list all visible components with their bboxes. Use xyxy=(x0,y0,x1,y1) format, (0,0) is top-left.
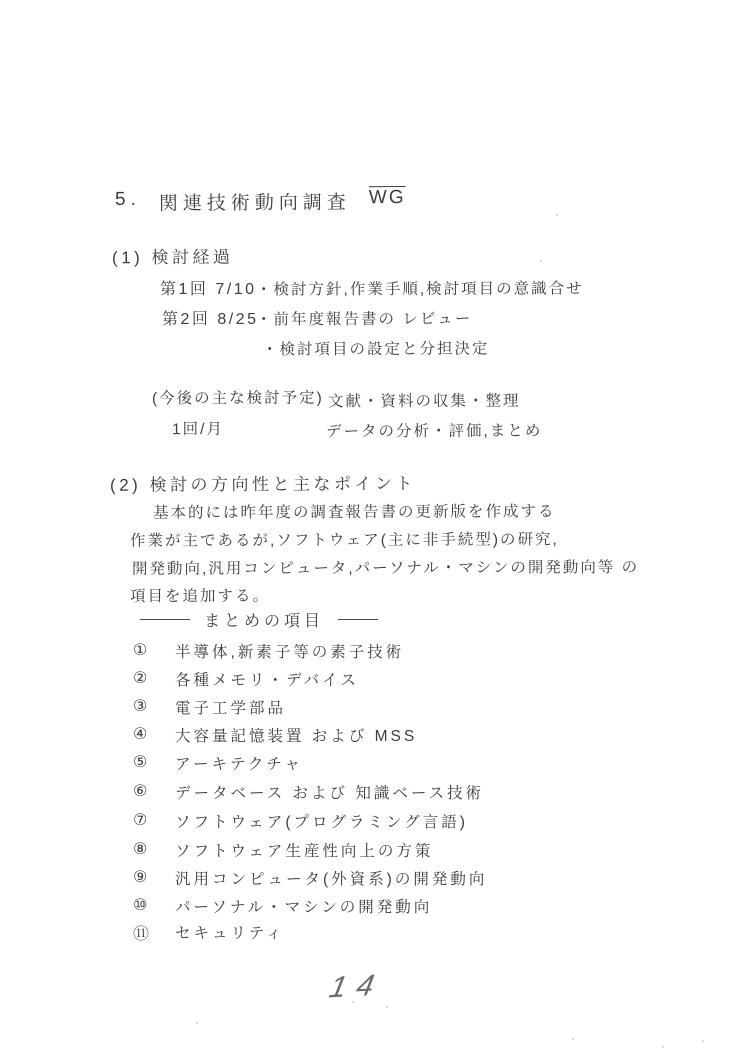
item-number: ⑨ xyxy=(133,867,147,887)
title-text: 関連技術動向調査 xyxy=(159,187,351,215)
item-number: ② xyxy=(133,668,147,688)
item-number: ⑦ xyxy=(133,810,147,830)
item-number: ⑥ xyxy=(133,781,147,801)
title-number: 5. xyxy=(115,189,141,216)
future-task-1: 文献・資料の収集・整理 xyxy=(328,389,521,412)
item-text: 電子工学部品 xyxy=(175,696,286,718)
item-text: パーソナル・マシンの開発動向 xyxy=(175,895,432,917)
future-plans-frequency: 1回/月 xyxy=(172,417,224,439)
noise-speck xyxy=(702,1040,704,1042)
item-text: データベース および 知識ベース技術 xyxy=(175,781,484,803)
paragraph-line-1: 基本的には昨年度の調査報告書の更新版を作成する xyxy=(153,499,556,522)
future-task-2: データの分析・評価,まとめ xyxy=(326,419,542,442)
page-number: 14 xyxy=(326,969,387,1006)
item-number: ④ xyxy=(133,724,147,744)
noise-speck xyxy=(556,214,558,216)
item-text: 汎用コンピュータ(外資系)の開発動向 xyxy=(175,867,487,889)
noise-speck xyxy=(386,1006,388,1008)
item-number: ⑤ xyxy=(133,752,147,772)
item-text: ソフトウェア生産性向上の方策 xyxy=(175,839,433,861)
item-text: 大容量記憶装置 および MSS xyxy=(175,724,417,746)
noise-speck xyxy=(572,1038,574,1040)
item-text: アーキテクチャ xyxy=(175,752,303,774)
scanned-document-page: 5. 関連技術動向調査 WG (1) 検討経過 第1回 7/10 ・検討方針,作… xyxy=(0,0,750,1054)
meeting2-note2: ・検討項目の設定と分担決定 xyxy=(262,337,490,360)
item-number: ⑪ xyxy=(133,921,149,944)
item-text: 各種メモリ・デバイス xyxy=(175,668,359,690)
summary-items-title: まとめの項目 xyxy=(204,608,324,631)
item-number: ③ xyxy=(133,696,147,716)
paragraph-line-4: 項目を追加する。 xyxy=(130,584,270,606)
noise-speck xyxy=(540,260,542,262)
item-number: ① xyxy=(133,640,147,660)
title-wg: WG xyxy=(369,187,406,214)
item-text: ソフトウェア(プログラミング言語) xyxy=(175,810,468,832)
divider-line-right xyxy=(338,619,378,620)
summary-items-divider: まとめの項目 xyxy=(140,608,378,631)
noise-speck xyxy=(352,1001,354,1003)
section1-heading: (1) 検討経過 xyxy=(112,243,234,269)
paragraph-line-2: 作業が主であるが,ソフトウェア(主に非手続型)の研究, xyxy=(130,527,559,550)
item-text: セキュリティ xyxy=(175,921,284,943)
noise-speck xyxy=(196,1022,198,1024)
item-number: ⑧ xyxy=(133,839,147,859)
meeting1-label: 第1回 7/10 xyxy=(160,276,257,299)
meeting1-note: ・検討方針,作業手順,検討項目の意識合せ xyxy=(256,276,584,299)
divider-line-left xyxy=(140,619,190,620)
section2-heading: (2) 検討の方向性と主なポイント xyxy=(110,469,416,496)
document-title: 5. 関連技術動向調査 WG xyxy=(115,187,406,216)
item-number: ⑩ xyxy=(133,895,147,915)
meeting2-label: 第2回 8/25 xyxy=(162,306,259,329)
item-text: 半導体,新素子等の素子技術 xyxy=(175,640,404,662)
meeting2-note: ・前年度報告書の レビュー xyxy=(256,307,472,330)
future-plans-label: (今後の主な検討予定) xyxy=(152,386,324,409)
paragraph-line-3: 開発動向,汎用コンピュータ,パーソナル・マシンの開発動向等 の xyxy=(132,555,639,579)
noise-speck xyxy=(662,1046,664,1048)
